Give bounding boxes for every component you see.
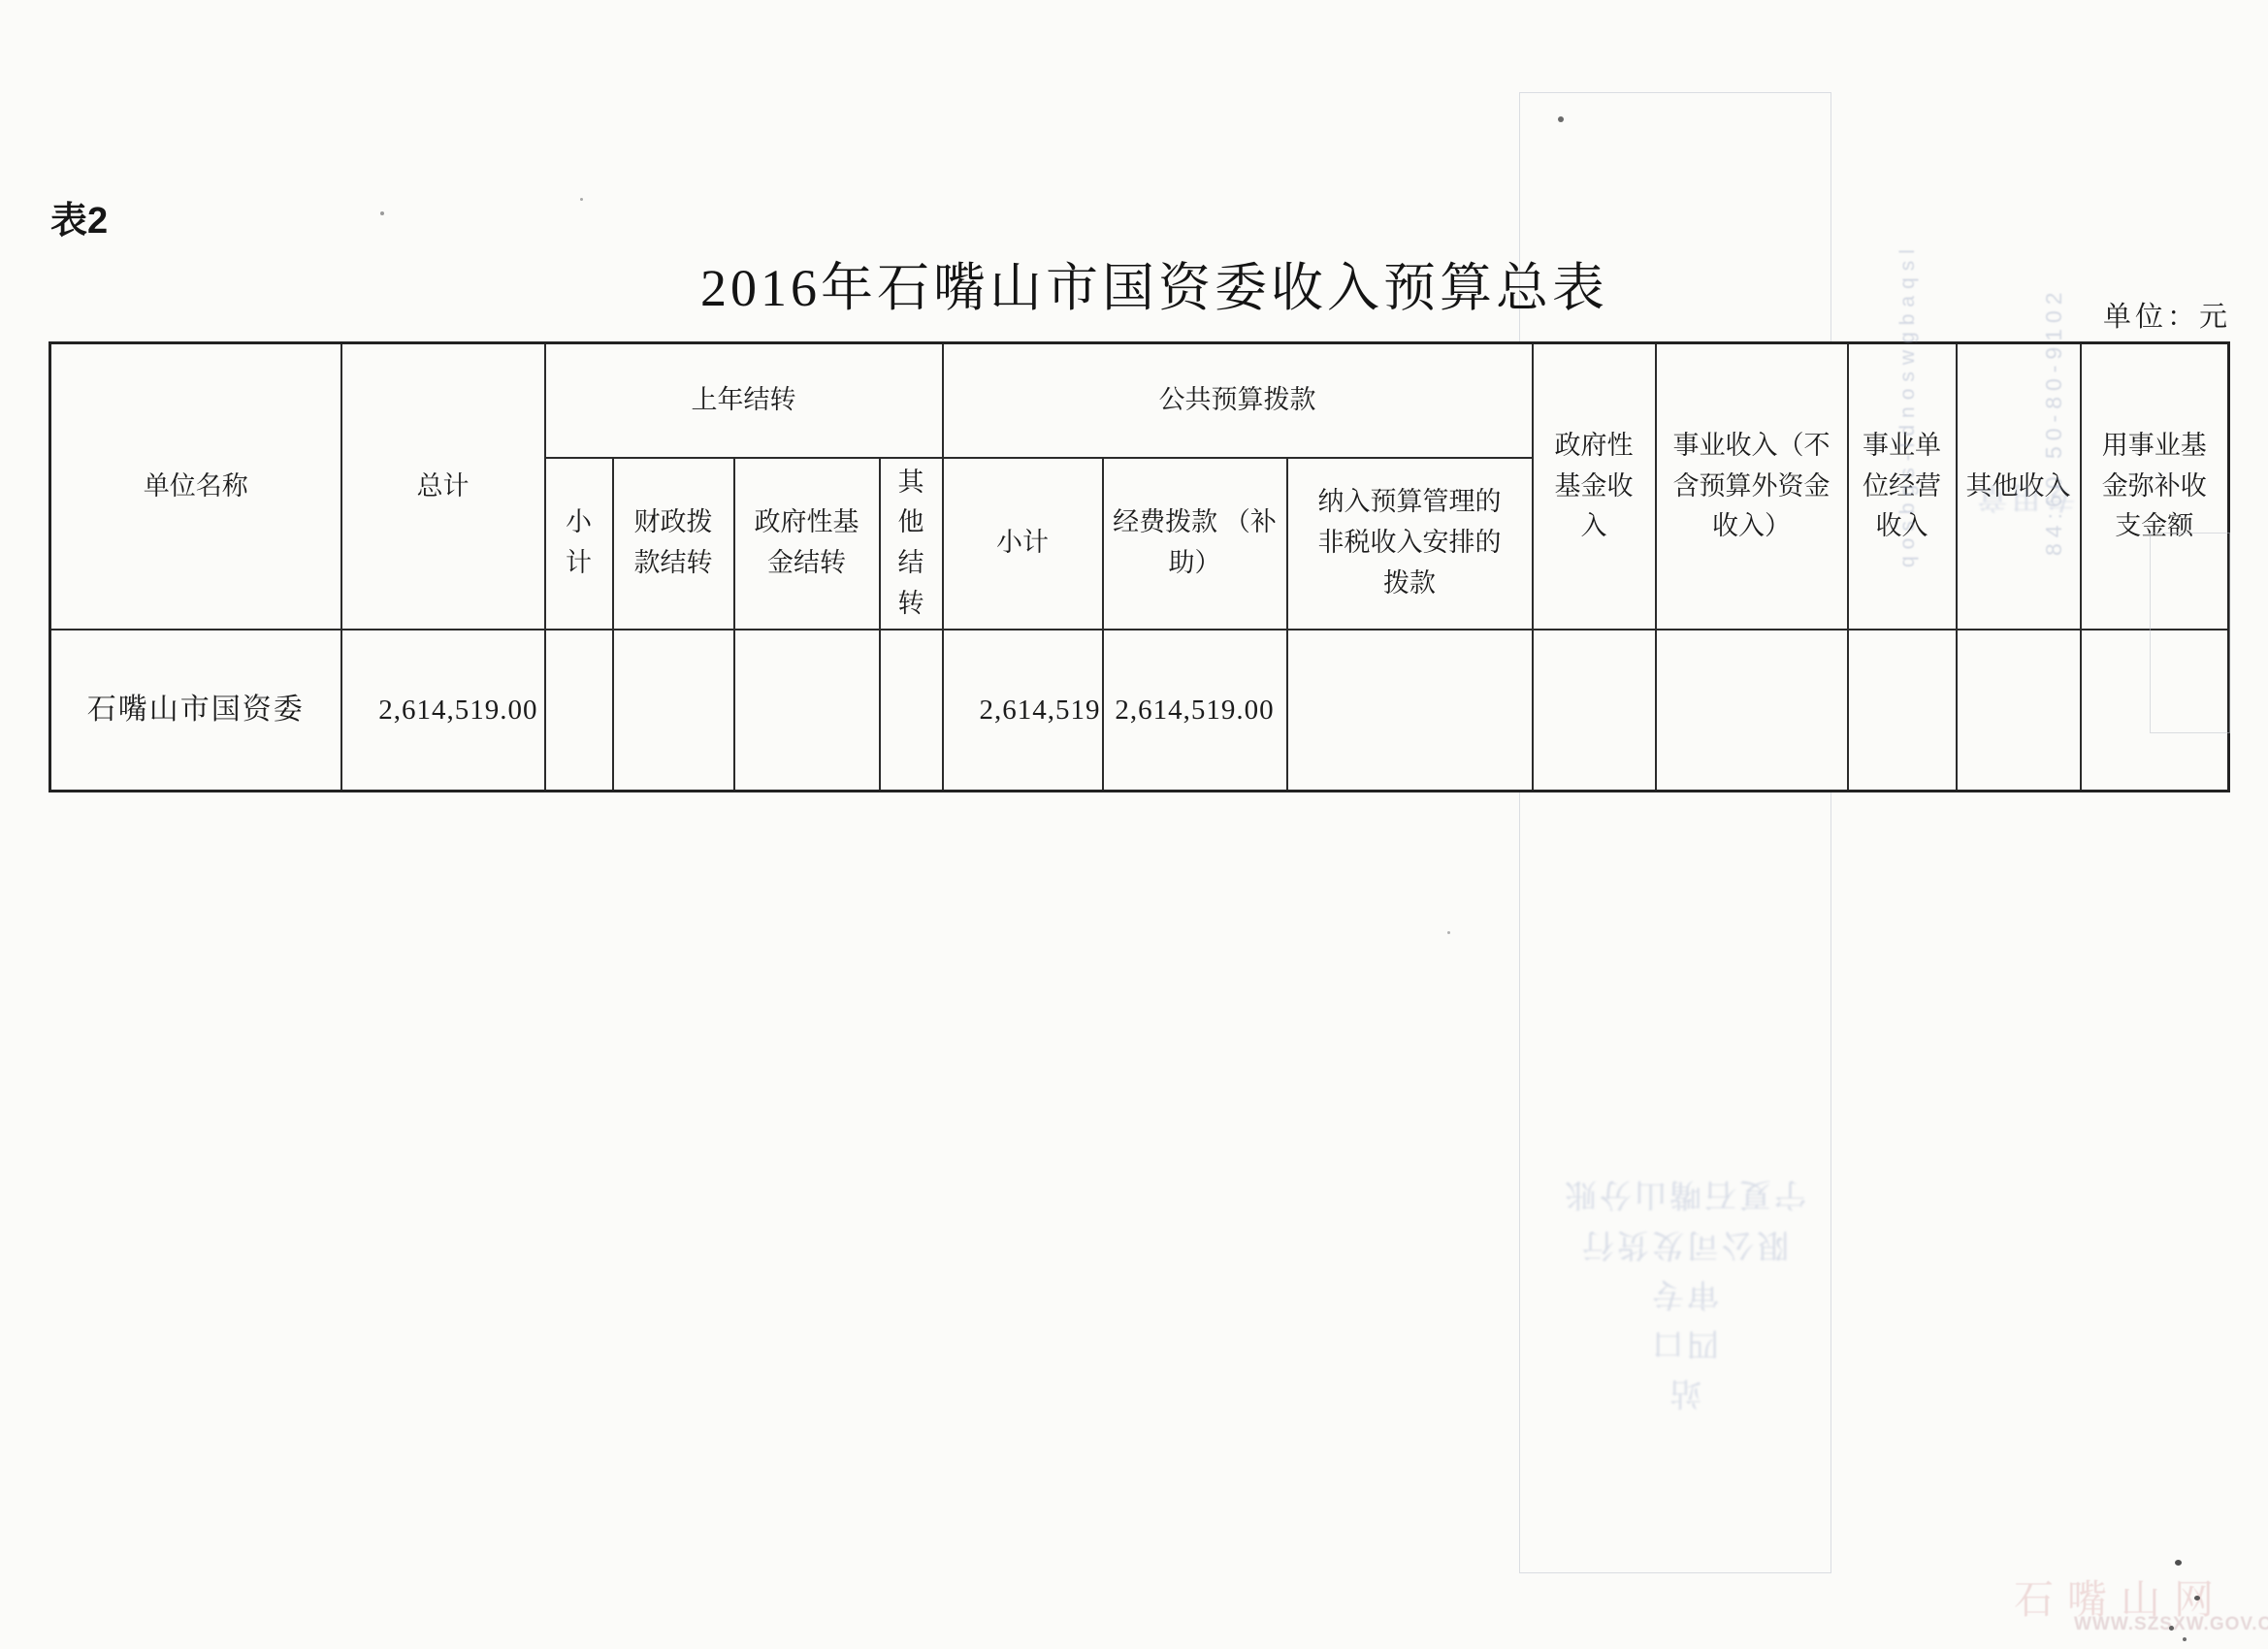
bleed-through-line: 限公司发货行 [1560,1218,1808,1268]
scan-speck [2175,1560,2182,1566]
col-header-unit-name: 单位名称 [50,343,341,630]
scan-speck [2169,1626,2174,1631]
cell-public-funding: 2,614,519.00 [1103,630,1287,792]
document-title: 2016年石嘴山市国资委收入预算总表 [0,246,2268,321]
group-header-public-budget: 公共预算拨款 [943,343,1533,458]
cell-operating-income [1848,630,1957,792]
scan-speck [1558,116,1564,122]
cell-carryover-fiscal [613,630,734,792]
col-header-carryover-subtotal: 小计 [545,458,613,630]
scan-speck [1447,931,1450,934]
bleed-through-line: 站 [1560,1368,1808,1417]
bleed-through-line: 宁夏石嘴山分账 [1560,1169,1808,1218]
col-header-public-nontax: 纳入预算管理的非税收入安排的拨款 [1287,458,1533,630]
col-header-other-income: 其他收入 [1957,343,2081,630]
scan-speck [580,198,583,201]
cell-total: 2,614,519.00 [341,630,545,792]
table-row: 石嘴山市国资委 2,614,519.00 2,614,519 2,614,519… [50,630,2229,792]
bleed-through-text-block: 站 四口 审专 限公司发货行 宁夏石嘴山分账 [1560,1169,1808,1417]
site-watermark-url: WWW.SZSXW.GOV.CN [2074,1614,2268,1635]
scan-speck [380,211,384,215]
col-header-public-funding: 经费拨款 （补助） [1103,458,1287,630]
col-header-carryover-other: 其他结转 [880,458,943,630]
col-header-operating-income: 事业单位经营收入 [1848,343,1957,630]
scanned-budget-document: 表2 2016年石嘴山市国资委收入预算总表 单位：元 单位名称 总计 上年结转 … [0,0,2268,1649]
cell-govfund-income [1533,630,1656,792]
unit-note: 单位：元 [2103,295,2231,335]
cell-business-income [1656,630,1848,792]
cell-carryover-other [880,630,943,792]
cell-public-subtotal: 2,614,519 [943,630,1103,792]
col-header-public-subtotal: 小计 [943,458,1103,630]
group-header-carryover: 上年结转 [545,343,943,458]
cell-other-income [1957,630,2081,792]
col-header-carryover-govfund: 政府性基金结转 [734,458,880,630]
col-header-carryover-fiscal: 财政拨款结转 [613,458,734,630]
table-number-label: 表2 [50,190,108,243]
cell-fund-offset [2081,630,2229,792]
bleed-through-line: 审专 [1560,1268,1808,1317]
col-header-govfund-income: 政府性基金收入 [1533,343,1656,630]
col-header-fund-offset: 用事业基金弥补收支金额 [2081,343,2229,630]
cell-carryover-govfund [734,630,880,792]
scan-speck [2194,1596,2200,1600]
income-budget-table: 单位名称 总计 上年结转 公共预算拨款 政府性基金收入 事业收入（不含预算外资金… [49,341,2230,792]
site-watermark-text: 石嘴山网 [2014,1568,2266,1625]
col-header-total: 总计 [341,343,545,630]
cell-public-nontax [1287,630,1533,792]
cell-carryover-subtotal [545,630,613,792]
bleed-through-line: 四口 [1560,1317,1808,1367]
col-header-business-income: 事业收入（不含预算外资金收入） [1656,343,1848,630]
cell-unit-name: 石嘴山市国资委 [50,630,341,792]
scan-speck [2183,1637,2187,1641]
